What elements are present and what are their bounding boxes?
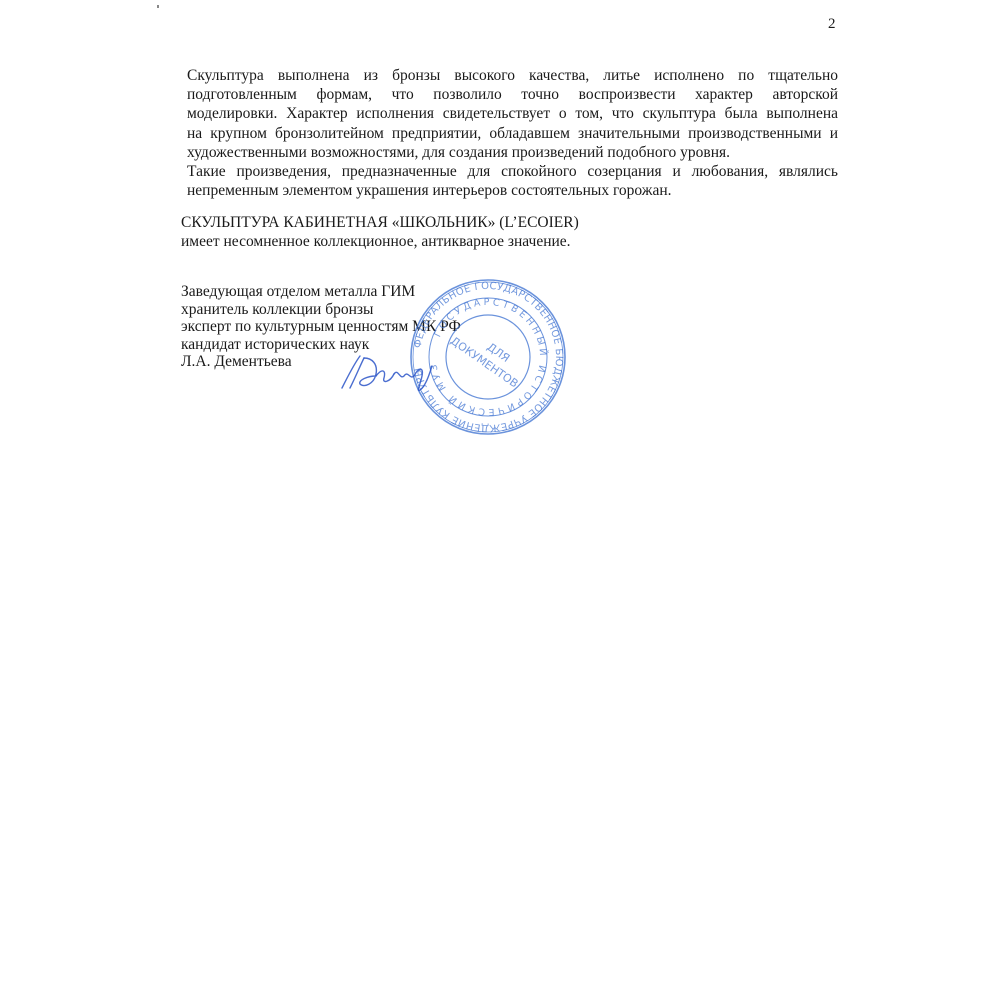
scan-speck <box>157 5 159 8</box>
document-body: Скульптура выполнена из бронзы высокого … <box>181 66 838 200</box>
paragraph-sculpture-description: Скульптура выполнена из бронзы высокого … <box>181 66 838 162</box>
text-line: на крупном бронзолитейном предприятии, о… <box>181 124 838 143</box>
paragraph-purpose: Такие произведения, предназначенные для … <box>181 162 838 200</box>
page-number: 2 <box>828 16 836 33</box>
text-line: моделировки. Характер исполнения свидете… <box>181 104 838 123</box>
text-line: Такие произведения, предназначенные для … <box>181 162 838 181</box>
handwritten-signature-icon <box>338 350 443 395</box>
conclusion-block: СКУЛЬПТУРА КАБИНЕТНАЯ «ШКОЛЬНИК» (L’ECOI… <box>181 213 579 251</box>
text-line: художественными возможностями, для созда… <box>181 143 838 162</box>
conclusion-statement: имеет несомненное коллекционное, антиква… <box>181 232 579 251</box>
sculpture-title: СКУЛЬПТУРА КАБИНЕТНАЯ «ШКОЛЬНИК» (L’ECOI… <box>181 213 579 232</box>
text-line: Скульптура выполнена из бронзы высокого … <box>181 66 838 85</box>
text-line: подготовленным формам, что позволило точ… <box>181 85 838 104</box>
text-line: непременным элементом украшения интерьер… <box>181 181 838 200</box>
stamp-center-line2: ДОКУМЕНТОВ <box>448 334 521 390</box>
